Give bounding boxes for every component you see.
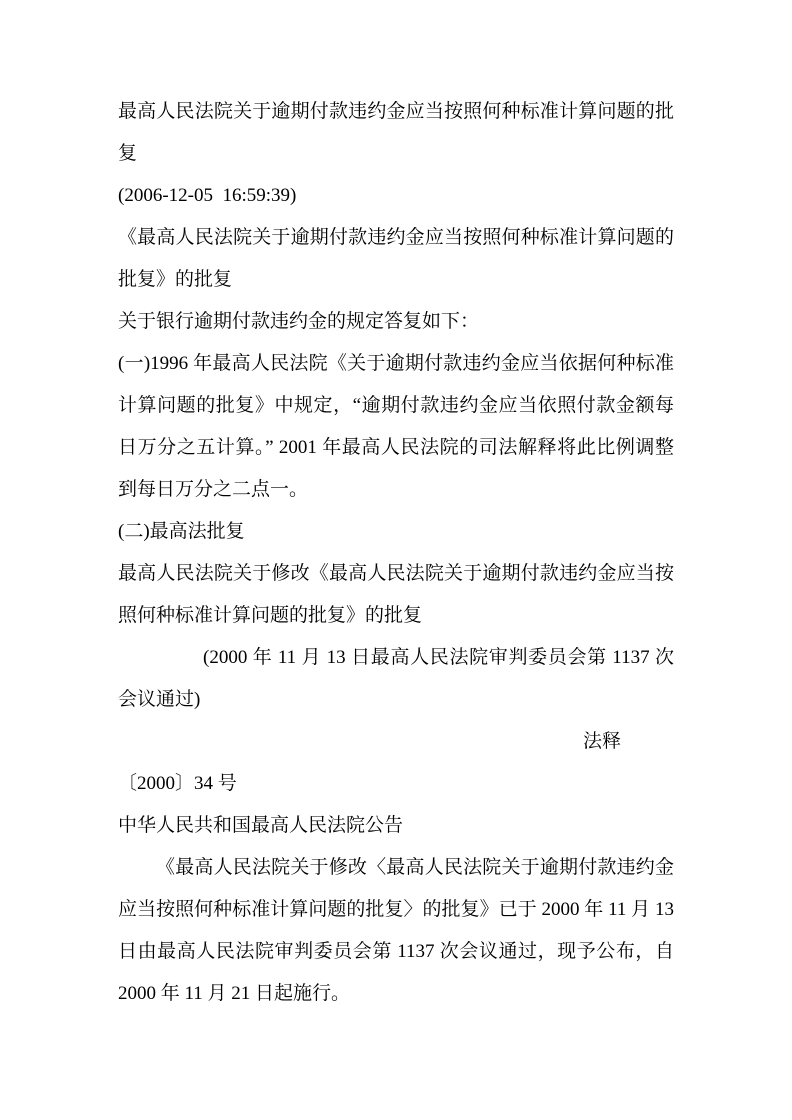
paragraph-adoption-note: (2000 年 11 月 13 日最高人民法院审判委员会第 1137 次会议通过… xyxy=(118,637,674,721)
paragraph-announcement-heading: 中华人民共和国最高人民法院公告 xyxy=(118,805,674,847)
paragraph-announcement-body: 《最高人民法院关于修改〈最高人民法院关于逾期付款违约金应当按照何种标准计算问题的… xyxy=(118,847,674,1015)
paragraph-post-timestamp: (2006-12-05 16:59:39) xyxy=(118,175,674,217)
paragraph-item-one: (一)1996 年最高人民法院《关于逾期付款违约金应当依据何种标准计算问题的批复… xyxy=(118,343,674,511)
paragraph-intro: 关于银行逾期付款违约金的规定答复如下： xyxy=(118,301,674,343)
paragraph-amend-reply-title: 最高人民法院关于修改《最高人民法院关于逾期付款违约金应当按照何种标准计算问题的批… xyxy=(118,553,674,637)
paragraph-item-two-heading: (二)最高法批复 xyxy=(118,511,674,553)
paragraph-doc-title: 最高人民法院关于逾期付款违约金应当按照何种标准计算问题的批复 xyxy=(118,91,674,175)
paragraph-doc-number-prefix: 法释 xyxy=(118,721,674,763)
paragraph-reply-title: 《最高人民法院关于逾期付款违约金应当按照何种标准计算问题的批复》的批复 xyxy=(118,217,674,301)
paragraph-doc-number: 〔2000〕34 号 xyxy=(118,763,674,805)
document-page: 最高人民法院关于逾期付款违约金应当按照何种标准计算问题的批复 (2006-12-… xyxy=(0,0,792,1120)
document-body: 最高人民法院关于逾期付款违约金应当按照何种标准计算问题的批复 (2006-12-… xyxy=(118,91,674,1015)
